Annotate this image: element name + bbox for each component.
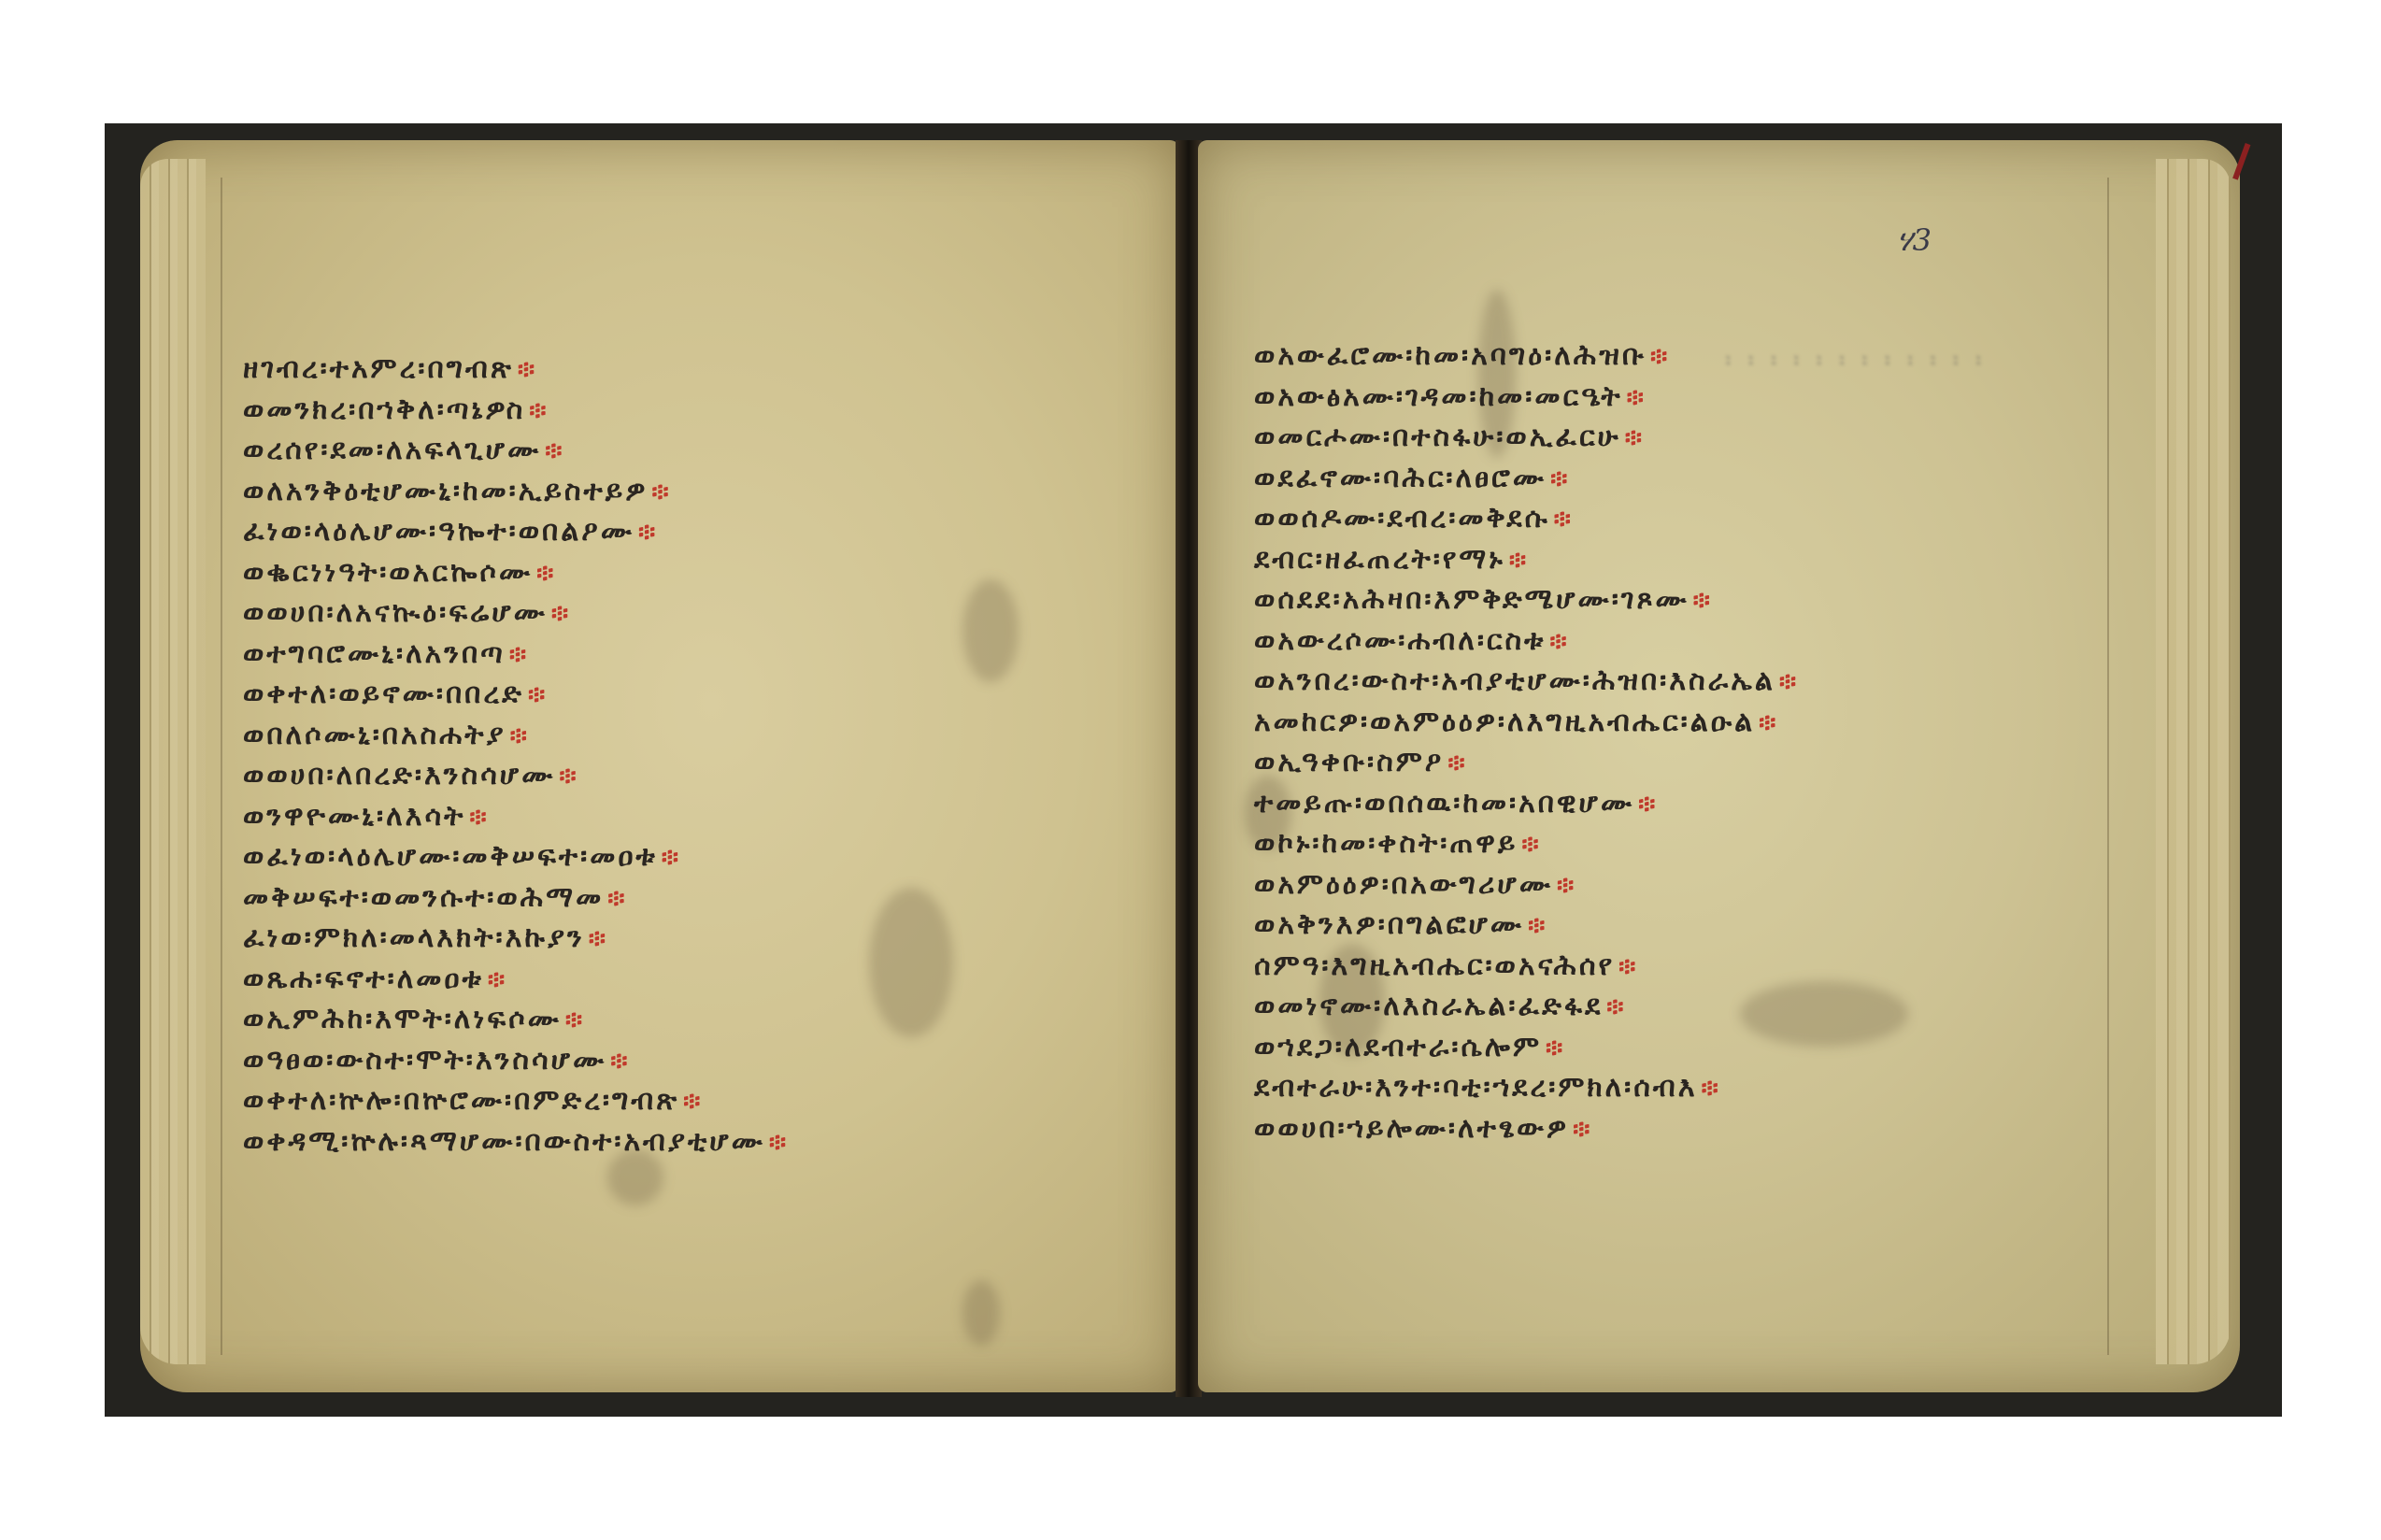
rubric-mark: ፨ [528, 681, 548, 709]
rubric-mark: ፨ [651, 478, 671, 506]
rubric-mark: ፨ [1627, 384, 1647, 412]
text-line: ወቀተለ፡ኵሎ፡በኵሮሙ፡በምድረ፡ግብጽ፨ [243, 1081, 789, 1122]
right-page-edges [2156, 159, 2231, 1364]
text-line: ወወሀበ፡ለአናኲዕ፡ፍሬሆሙ፨ [243, 593, 789, 635]
rubric-mark: ፨ [1528, 912, 1547, 940]
rubric-mark: ፨ [1509, 547, 1529, 575]
rubric-mark: ፨ [1606, 993, 1626, 1021]
text-line: ተመይጡ፡ወበሰዉ፡ከመ፡አበዊሆሙ፨ [1254, 784, 1799, 825]
rubric-mark: ፨ [769, 1129, 789, 1157]
text-line: ፈነወ፡ምክለ፡መላእክት፡እኩያን፨ [243, 919, 789, 960]
stain [962, 579, 1019, 682]
rubric-mark: ፨ [551, 600, 571, 628]
text-line: ወአውረሶሙ፡ሐብለ፡ርስቱ፨ [1254, 621, 1799, 663]
rubric-mark: ፨ [529, 397, 549, 425]
rubric-mark: ፨ [610, 1048, 630, 1076]
text-line: ወንዋዮሙኒ፡ለእሳት፨ [243, 797, 789, 838]
rubric-mark: ፨ [1779, 668, 1799, 696]
text-line: ወቈርነነዓት፡ወአርኰሶሙ፨ [243, 553, 789, 594]
left-page-edges [140, 159, 206, 1364]
rubric-mark: ፨ [1546, 1034, 1565, 1062]
rubric-mark: ፨ [1625, 424, 1645, 452]
rubric-mark: ፨ [1521, 831, 1541, 859]
rubric-mark: ፨ [518, 356, 537, 384]
text-line: ወተግባሮሙኒ፡ለአንበጣ፨ [243, 635, 789, 676]
text-line: ወወሀበ፡ለበረድ፡እንስሳሆሙ፨ [243, 756, 789, 797]
text-line: ደብተራሁ፡እንተ፡ባቲ፡ኀደረ፡ምክለ፡ሰብእ፨ [1254, 1068, 1799, 1109]
rubric-mark: ፨ [1650, 343, 1670, 371]
text-line: ዘገብረ፡ተአምረ፡በግብጽ፨ [243, 349, 789, 391]
text-line: መቅሠፍተ፡ወመንሱተ፡ወሕማመ፨ [243, 878, 789, 920]
text-line: ወአንበረ፡ውስተ፡አብያቲሆሙ፡ሕዝበ፡እስራኤል፨ [1254, 662, 1799, 703]
left-page-text: ዘገብረ፡ተአምረ፡በግብጽ፨ ወመንክረ፡በኀቅለ፡ጣኔዎስ፨ ወረሰየ፡ደመ… [243, 349, 789, 1162]
rubric-mark: ፨ [1638, 791, 1658, 819]
text-line: ወሰደደ፡አሕዛበ፡እምቅድሜሆሙ፡ገጾሙ፨ [1254, 580, 1799, 621]
text-line: ወለአንቅዕቲሆሙኒ፡ከመ፡ኢይስተይዎ፨ [243, 472, 789, 513]
text-line: ወዓፀወ፡ውስተ፡ሞት፡እንስሳሆሙ፨ [243, 1041, 789, 1082]
text-line: ወአቅንእዎ፡በግልፎሆሙ፨ [1254, 905, 1799, 947]
text-line: ወአምዕዕዎ፡በአውግሪሆሙ፨ [1254, 865, 1799, 906]
rubric-mark: ፨ [1693, 587, 1713, 615]
rubric-mark: ፨ [536, 560, 556, 588]
left-page: ዘገብረ፡ተአምረ፡በግብጽ፨ ወመንክረ፡በኀቅለ፡ጣኔዎስ፨ ወረሰየ፡ደመ… [140, 140, 1179, 1392]
rubric-mark: ፨ [510, 722, 530, 750]
rubric-mark: ፨ [509, 641, 529, 669]
text-line: ወመርሖሙ፡በተስፋሁ፡ወኢፈርሁ፨ [1254, 418, 1799, 459]
text-line: ደብር፡ዘፈጠረት፡የማኑ፨ [1254, 540, 1799, 581]
text-line: ወቀተለ፡ወይኖሙ፡በበረድ፨ [243, 675, 789, 716]
rubric-mark: ፨ [565, 1006, 585, 1034]
ruling-line [2107, 178, 2109, 1355]
rubric-mark: ፨ [1447, 749, 1467, 777]
text-line: ወጼሐ፡ፍኖተ፡ለመዐቱ፨ [243, 960, 789, 1001]
text-line: ወኀደጋ፡ለደብተራ፡ሴሎም፨ [1254, 1028, 1799, 1069]
rubric-mark: ፨ [488, 966, 507, 994]
text-line: ወአውፅአሙ፡ገዳመ፡ከመ፡መርዔት፨ [1254, 378, 1799, 419]
text-line: ወኢምሕከ፡እሞት፡ለነፍሶሙ፨ [243, 1000, 789, 1041]
rubric-mark: ፨ [1549, 628, 1569, 656]
rubric-mark: ፨ [559, 763, 578, 791]
rubric-mark: ፨ [545, 437, 564, 465]
text-line: አመከርዎ፡ወአምዕዕዎ፡ለእግዚአብሔር፡ልዑል፨ [1254, 703, 1799, 744]
text-line: ወበለሶሙኒ፡በአስሐትያ፨ [243, 716, 789, 757]
rubric-mark: ፨ [589, 925, 608, 953]
text-line: ወወሰዶሙ፡ደብረ፡መቅደሱ፨ [1254, 499, 1799, 540]
text-line: ወወሀበ፡ኀይሎሙ፡ለተፄውዎ፨ [1254, 1109, 1799, 1150]
stain [869, 888, 953, 1037]
ruling-line [221, 178, 222, 1355]
rubric-mark: ፨ [1618, 953, 1638, 981]
rubric-mark: ፨ [1759, 709, 1778, 737]
rubric-mark: ፨ [1554, 506, 1574, 534]
text-line: ወቀዳሚ፡ኵሉ፡ጻማሆሙ፡በውስተ፡አብያቲሆሙ፨ [243, 1122, 789, 1163]
text-line: ወመንክረ፡በኀቅለ፡ጣኔዎስ፨ [243, 391, 789, 432]
rubric-mark: ፨ [1573, 1116, 1592, 1144]
rubric-mark: ፨ [469, 804, 489, 832]
rubric-mark: ፨ [683, 1088, 703, 1116]
text-line: ወኮኑ፡ከመ፡ቀስት፡ጠዋይ፨ [1254, 824, 1799, 865]
text-line: ወአውፈሮሙ፡ከመ፡አባግዕ፡ለሕዝቡ፨ [1254, 336, 1799, 378]
folio-number: ሃ3 [1896, 222, 1932, 259]
manuscript-scan: ዘገብረ፡ተአምረ፡በግብጽ፨ ወመንክረ፡በኀቅለ፡ጣኔዎስ፨ ወረሰየ፡ደመ… [105, 123, 2282, 1417]
right-page-text: ወአውፈሮሙ፡ከመ፡አባግዕ፡ለሕዝቡ፨ ወአውፅአሙ፡ገዳመ፡ከመ፡መርዔት፨… [1254, 336, 1799, 1149]
text-line: ሰምዓ፡እግዚአብሔር፡ወአናሕሰየ፨ [1254, 947, 1799, 988]
rubric-mark: ፨ [607, 885, 627, 913]
rubric-mark: ፨ [662, 844, 681, 872]
text-line: ወኢዓቀቡ፡ስምዖ፨ [1254, 743, 1799, 784]
text-line: ወመነኖሙ፡ለእስራኤል፡ፈድፋደ፨ [1254, 987, 1799, 1028]
text-line: ፈነወ፡ላዕሌሆሙ፡ዓኰተ፡ወበልዖሙ፨ [243, 512, 789, 553]
rubric-mark: ፨ [638, 519, 658, 547]
text-line: ወረሰየ፡ደመ፡ለአፍላጊሆሙ፨ [243, 431, 789, 472]
stain [962, 1280, 1000, 1346]
rubric-mark: ፨ [1557, 872, 1576, 900]
right-page: ሃ3 ፡ ፡ ፡ ፡ ፡ ፡ ፡ ፡ ፡ ፡ ፡ ፡ ወአውፈሮሙ፡ከመ፡አባግ… [1198, 140, 2240, 1392]
text-line: ወደፈኖሙ፡ባሕር፡ለፀሮሙ፨ [1254, 459, 1799, 500]
rubric-mark: ፨ [1701, 1075, 1720, 1103]
open-book: ዘገብረ፡ተአምረ፡በግብጽ፨ ወመንክረ፡በኀቅለ፡ጣኔዎስ፨ ወረሰየ፡ደመ… [140, 140, 2252, 1402]
text-line: ወፈነወ፡ላዕሌሆሙ፡መቅሠፍተ፡መዐቱ፨ [243, 837, 789, 878]
rubric-mark: ፨ [1550, 465, 1570, 493]
